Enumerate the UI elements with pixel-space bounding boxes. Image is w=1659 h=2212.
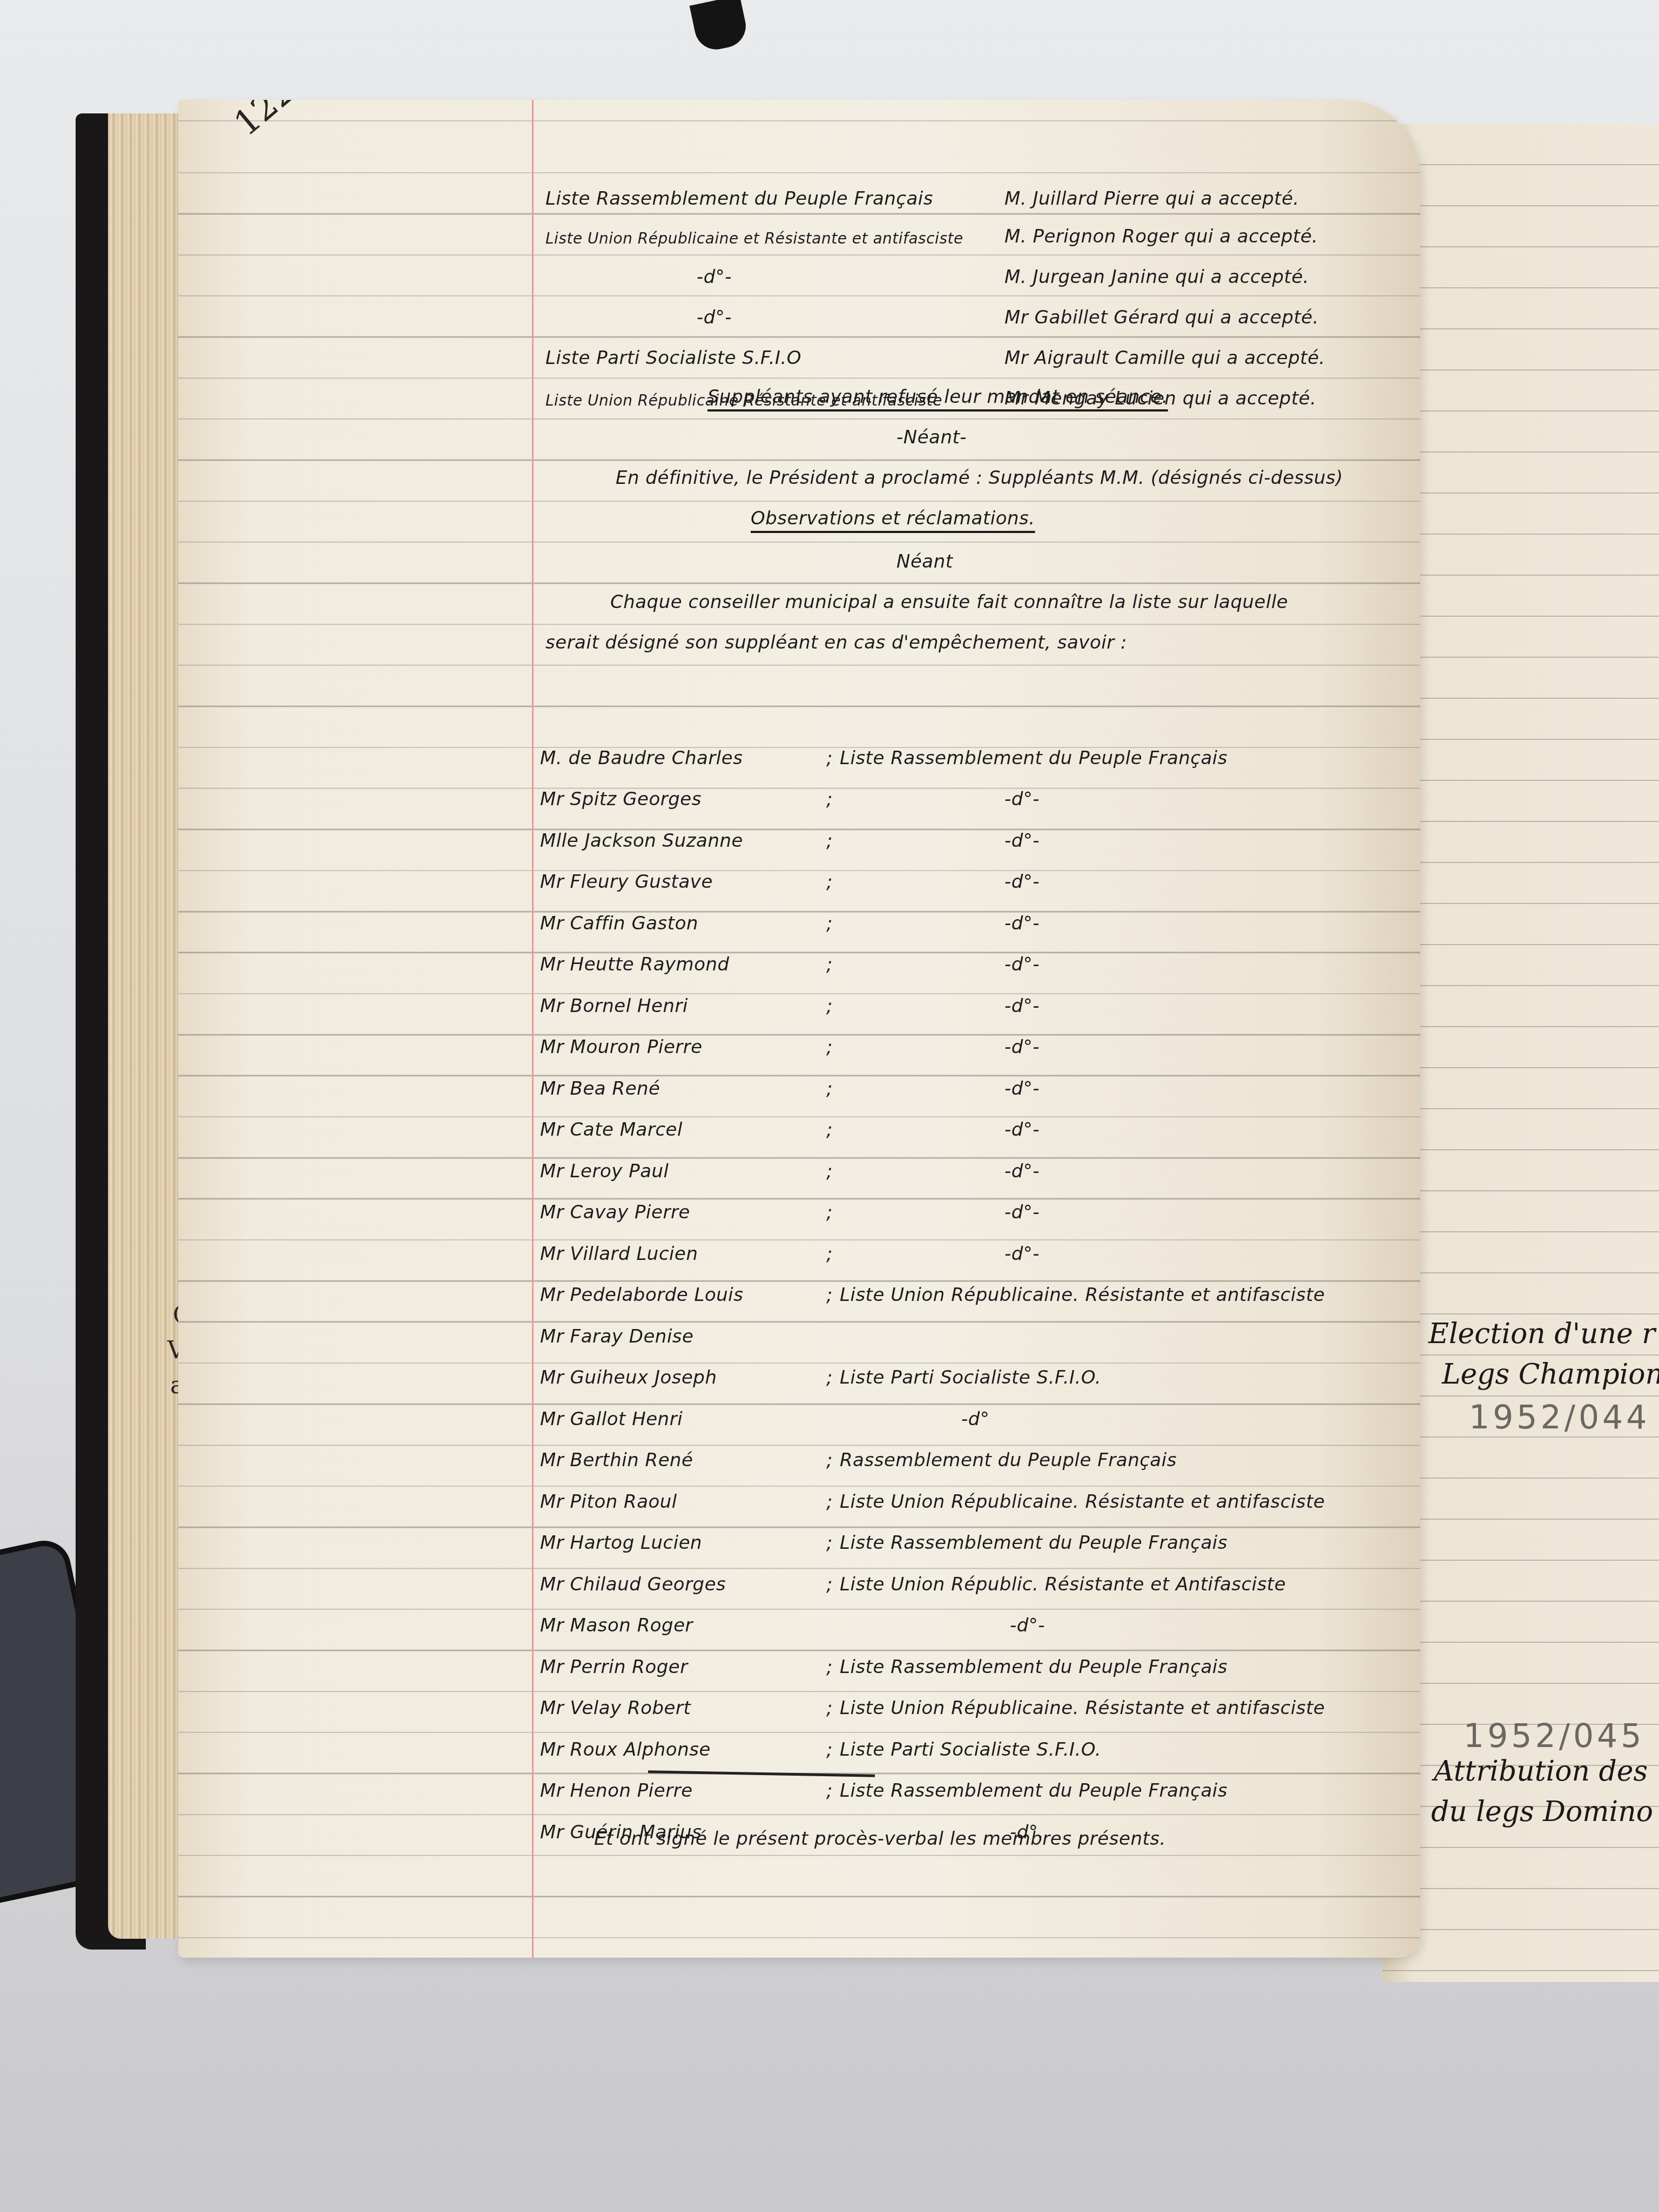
councillor-list-name: -d°- <box>1010 1615 1045 1636</box>
separator: ; <box>826 747 833 769</box>
separator: ; <box>826 913 833 934</box>
councillor-list-name: Liste Parti Socialiste S.F.I.O. <box>840 1367 1101 1388</box>
acceptance-list: Liste Rassemblement du Peuple Français <box>545 188 933 210</box>
separator: ; <box>826 954 833 975</box>
councillor-row: M. de Baudre Charles;Liste Rassemblement… <box>540 732 1420 773</box>
councillor-name: Mr Cate Marcel <box>540 1119 683 1141</box>
councillor-row: Mr Pedelaborde Louis;Liste Union Républi… <box>540 1269 1420 1311</box>
councillor-row: Mr Faray Denise <box>540 1310 1420 1352</box>
councillor-row: Mr Roux Alphonse;Liste Parti Socialiste … <box>540 1723 1420 1765</box>
councillor-name: Mr Piton Raoul <box>540 1491 677 1513</box>
acceptance-person: Mr Gabillet Gérard qui a accepté. <box>1004 307 1319 328</box>
councillor-row: Mr Spitz Georges;-d°- <box>540 773 1420 815</box>
separator: ; <box>826 1078 833 1100</box>
separator: ; <box>826 1036 833 1058</box>
councillor-row: Mr Hartog Lucien;Liste Rassemblement du … <box>540 1517 1420 1559</box>
separator: ; <box>826 1161 833 1182</box>
councillor-row: Mr Gallot Henri-d° <box>540 1393 1420 1434</box>
councillor-name: Mr Faray Denise <box>540 1326 693 1347</box>
separator: ; <box>826 1119 833 1141</box>
councillor-name: Mr Mason Roger <box>540 1615 693 1636</box>
acceptance-person: Mr Aigrault Camille qui a accepté. <box>1004 347 1325 369</box>
right-entry2-title-line2: du legs Domino - <box>1431 1796 1659 1828</box>
acceptance-list: -d°- <box>697 266 732 288</box>
acceptance-list: Liste Parti Socialiste S.F.I.O <box>545 347 801 369</box>
separator: ; <box>826 1574 833 1595</box>
councillor-row: Mr Heutte Raymond;-d°- <box>540 939 1420 980</box>
councillor-name: Mr Guiheux Joseph <box>540 1367 717 1388</box>
acceptance-person: M. Perignon Roger qui a accepté. <box>1004 226 1318 247</box>
councillor-list-name: Liste Union Républicaine. Résistante et … <box>840 1491 1325 1513</box>
councillor-name: Mlle Jackson Suzanne <box>540 830 743 852</box>
councillor-list-name: -d°- <box>1004 1243 1040 1265</box>
councillor-name: Mr Gallot Henri <box>540 1408 683 1430</box>
councillor-list-name: Liste Rassemblement du Peuple Français <box>840 1656 1228 1678</box>
separator: ; <box>826 788 833 810</box>
councillor-name: Mr Heutte Raymond <box>540 954 730 975</box>
observations-value: Néant <box>896 551 953 572</box>
councillor-list-name: -d°- <box>1004 1202 1040 1223</box>
councillor-row: Mr Chilaud Georges;Liste Union Républic.… <box>540 1558 1420 1600</box>
councillor-name: Mr Velay Robert <box>540 1697 691 1719</box>
councillor-list-name: Liste Rassemblement du Peuple Français <box>840 1532 1228 1554</box>
separator: ; <box>826 1532 833 1554</box>
councillor-name: Mr Cavay Pierre <box>540 1202 690 1223</box>
right-entry2-title-line1: Attribution des <box>1434 1755 1648 1788</box>
register-page: 122 Liste Rassemblement du Peuple França… <box>178 100 1420 1958</box>
refused-heading: Suppléants ayant refusé leur mandat en s… <box>707 386 1168 408</box>
councillor-list-name: Liste Union Républicaine. Résistante et … <box>840 1284 1325 1306</box>
right-entry-reference: 1952/044 <box>1469 1399 1650 1437</box>
councillor-name: Mr Berthin René <box>540 1449 693 1471</box>
separator: ; <box>826 871 833 893</box>
councillor-name: Mr Spitz Georges <box>540 788 702 810</box>
councillor-list-name: Liste Union Républic. Résistante et Anti… <box>840 1574 1286 1595</box>
separator: ; <box>826 1284 833 1306</box>
councillor-row: Mr Perrin Roger;Liste Rassemblement du P… <box>540 1641 1420 1682</box>
councillor-list-name: -d°- <box>1004 1078 1040 1100</box>
refused-value: -Néant- <box>896 427 967 448</box>
acceptance-row: -d°- M. Jurgean Janine qui a accepté. <box>545 251 1420 291</box>
separator: ; <box>826 1243 833 1265</box>
councillor-list-name: -d°- <box>1004 830 1040 852</box>
separator: ; <box>826 1780 833 1802</box>
councillor-row: Mr Mouron Pierre;-d°- <box>540 1021 1420 1063</box>
councillor-name: Mr Henon Pierre <box>540 1780 693 1802</box>
councillor-list-name: Rassemblement du Peuple Français <box>840 1449 1177 1471</box>
right-page-ruling <box>1382 124 1659 1982</box>
right-entry-title-line2: Legs Champion <box>1442 1358 1659 1391</box>
councillor-list-name: -d° <box>961 1408 989 1430</box>
councillor-name: Mr Hartog Lucien <box>540 1532 702 1554</box>
councillor-list-name: Liste Union Républicaine. Résistante et … <box>840 1697 1325 1719</box>
councillor-name: Mr Villard Lucien <box>540 1243 698 1265</box>
councillor-row: Mr Caffin Gaston;-d°- <box>540 897 1420 939</box>
councillor-list-name: Liste Rassemblement du Peuple Français <box>840 1780 1228 1802</box>
acceptance-row: Liste Parti Socialiste S.F.I.O Mr Aigrau… <box>545 332 1420 372</box>
councillor-row: Mr Fleury Gustave;-d°- <box>540 856 1420 898</box>
separator: ; <box>826 1367 833 1388</box>
councillor-list-name: -d°- <box>1004 1161 1040 1182</box>
acceptance-list: -d°- <box>697 307 732 328</box>
margin-line <box>532 100 534 1958</box>
councillor-row: Mlle Jackson Suzanne;-d°- <box>540 814 1420 856</box>
councillor-list-name: -d°- <box>1004 913 1040 934</box>
acceptance-row: Liste Rassemblement du Peuple Français M… <box>545 173 1420 213</box>
councillor-name: Mr Roux Alphonse <box>540 1739 711 1761</box>
councillor-list-name: -d°- <box>1004 788 1040 810</box>
councillor-row: Mr Velay Robert;Liste Union Républicaine… <box>540 1682 1420 1724</box>
councillor-name: Mr Fleury Gustave <box>540 871 713 893</box>
councillor-row: Mr Guiheux Joseph;Liste Parti Socialiste… <box>540 1352 1420 1393</box>
observations-heading: Observations et réclamations. <box>751 508 1035 529</box>
councillor-row: Mr Leroy Paul;-d°- <box>540 1145 1420 1186</box>
councillor-list-name: Liste Rassemblement du Peuple Français <box>840 747 1228 769</box>
councillor-list: M. de Baudre Charles;Liste Rassemblement… <box>540 732 1420 1847</box>
separator: ; <box>826 830 833 852</box>
separator: ; <box>826 1449 833 1471</box>
councillor-row: Mr Bornel Henri;-d°- <box>540 980 1420 1021</box>
separator: ; <box>826 1697 833 1719</box>
separator: ; <box>826 1739 833 1761</box>
acceptance-list: Liste Union Républicaine et Résistante e… <box>545 230 963 247</box>
councillor-name: Mr Bornel Henri <box>540 995 688 1017</box>
councillor-list-name: -d°- <box>1004 995 1040 1017</box>
councillor-row: Mr Piton Raoul;Liste Union Républicaine.… <box>540 1475 1420 1517</box>
acceptance-row: -d°- Mr Gabillet Gérard qui a accepté. <box>545 292 1420 332</box>
acceptance-person: M. Juillard Pierre qui a accepté. <box>1004 188 1299 210</box>
councillor-row: Mr Villard Lucien;-d°- <box>540 1228 1420 1269</box>
councillor-name: Mr Perrin Roger <box>540 1656 688 1678</box>
intro-line-2: serait désigné son suppléant en cas d'em… <box>545 632 1127 653</box>
councillor-list-name: -d°- <box>1004 954 1040 975</box>
right-entry-reference: 1952/045 <box>1464 1717 1644 1755</box>
councillor-list-name: Liste Parti Socialiste S.F.I.O. <box>840 1739 1101 1761</box>
councillor-row: Mr Berthin René;Rassemblement du Peuple … <box>540 1434 1420 1476</box>
separator: ; <box>826 995 833 1017</box>
councillor-row: Mr Cate Marcel;-d°- <box>540 1104 1420 1145</box>
councillor-name: Mr Bea René <box>540 1078 660 1100</box>
councillor-name: Mr Mouron Pierre <box>540 1036 703 1058</box>
councillor-name: Mr Pedelaborde Louis <box>540 1284 743 1306</box>
pen-cap <box>690 0 750 53</box>
councillor-list-name: -d°- <box>1004 1119 1040 1141</box>
acceptance-row: Liste Union Républicaine et Résistante e… <box>545 211 1420 251</box>
separator: ; <box>826 1202 833 1223</box>
right-page: Election d'une r Legs Champion 1952/044 … <box>1382 124 1659 1982</box>
councillor-list-name: -d°- <box>1004 1036 1040 1058</box>
intro-line-1: Chaque conseiller municipal a ensuite fa… <box>610 591 1288 613</box>
separator: ; <box>826 1656 833 1678</box>
councillor-name: Mr Chilaud Georges <box>540 1574 726 1595</box>
councillor-name: Mr Leroy Paul <box>540 1161 669 1182</box>
councillor-row: Mr Mason Roger-d°- <box>540 1600 1420 1641</box>
acceptance-person: M. Jurgean Janine qui a accepté. <box>1004 266 1309 288</box>
councillor-name: M. de Baudre Charles <box>540 747 743 769</box>
proclamation-text: En définitive, le Président a proclamé :… <box>616 467 1343 489</box>
councillor-row: Mr Bea René;-d°- <box>540 1062 1420 1104</box>
right-entry-title-line1: Election d'une r <box>1428 1318 1655 1350</box>
councillor-row: Mr Cavay Pierre;-d°- <box>540 1186 1420 1228</box>
separator: ; <box>826 1491 833 1513</box>
councillor-list-name: -d°- <box>1004 871 1040 893</box>
closing-statement: Et ont signé le présent procès-verbal le… <box>594 1828 1166 1850</box>
councillor-name: Mr Caffin Gaston <box>540 913 698 934</box>
